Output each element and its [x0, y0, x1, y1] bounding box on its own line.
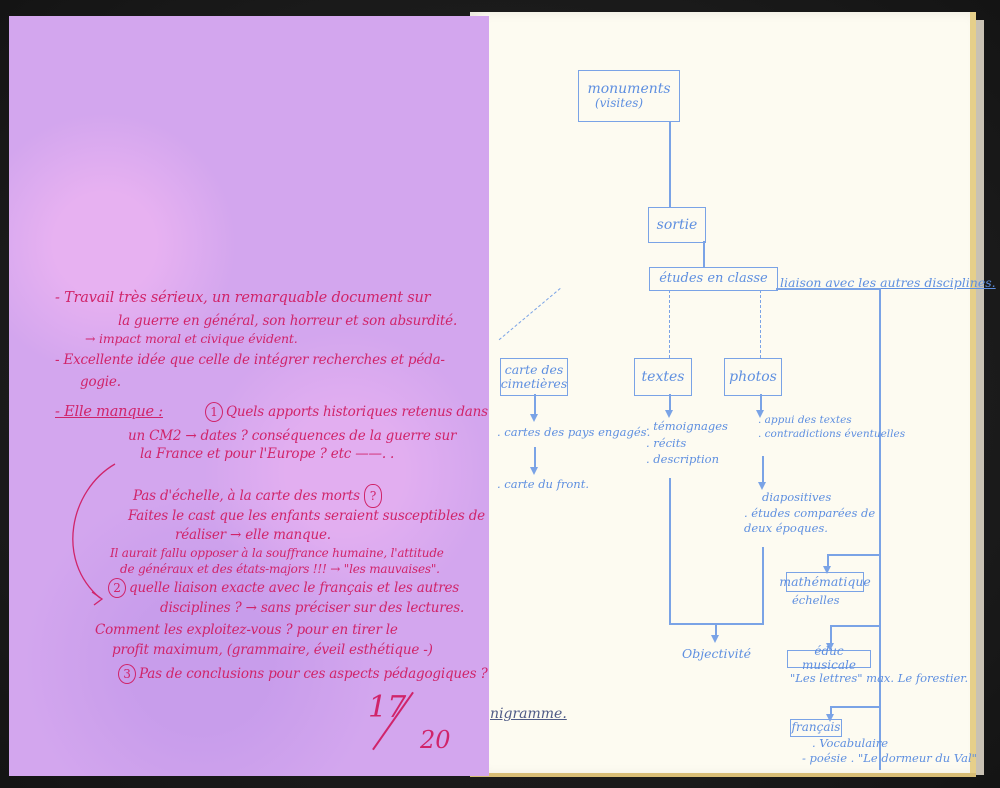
objectivite-label: Objectivité — [682, 645, 751, 663]
comment-line: 2quelle liaison exacte avec le français … — [108, 578, 459, 598]
node-maths: mathématique — [786, 572, 864, 592]
textes-item: . récits — [646, 435, 728, 452]
comment-heading: - Elle manque : — [55, 404, 163, 420]
connector — [762, 547, 764, 624]
francais-item: . Vocabulaire — [812, 736, 977, 751]
node-francais-label: français — [792, 721, 841, 735]
textes-item: . témoignages — [646, 418, 728, 435]
comment-line: - Excellente idée que celle de intégrer … — [55, 352, 445, 368]
diapo-items: diapositives . études comparées de deux … — [744, 490, 875, 537]
arrow-down-icon — [530, 467, 538, 475]
node-maths-label: mathématique — [779, 575, 871, 589]
comment-text: Pas d'échelle, à la carte des morts — [133, 488, 360, 504]
comment-line: - Travail très sérieux, un remarquable d… — [55, 290, 430, 306]
comment-line: un CM2 → dates ? conséquences de la guer… — [128, 428, 456, 444]
connector — [827, 554, 880, 556]
connector — [669, 121, 671, 207]
francais-item: - poésie . "Le dormeur du Val" — [802, 751, 977, 766]
comment-line: de généraux et des états-majors !!! → "l… — [120, 562, 440, 576]
node-musique-label: éduc musicale — [788, 645, 870, 673]
node-photos: photos — [724, 358, 782, 396]
node-francais: français — [790, 719, 842, 737]
photos-items: . appui des textes . contradictions éven… — [758, 414, 905, 441]
comment-text: réaliser → elle manque. — [175, 527, 331, 543]
comment-line: Pas d'échelle, à la carte des morts ? — [133, 484, 385, 508]
comment-line: Comment les exploitez-vous ? pour en tir… — [95, 622, 398, 638]
arrow-down-icon — [530, 414, 538, 422]
node-cartes-label: carte des cimetières — [501, 363, 567, 392]
circled-number: 3 — [118, 664, 136, 684]
connector — [830, 625, 832, 645]
comment-line: → impact moral et civique évident. — [85, 331, 298, 346]
comment-line: gogie. — [80, 374, 121, 390]
connector — [830, 625, 880, 627]
circled-question: ? — [364, 484, 382, 508]
comment-line: la guerre en général, son horreur et son… — [118, 313, 457, 329]
grade: 17 20 — [368, 690, 406, 725]
node-sortie-label: sortie — [657, 217, 698, 233]
connector — [827, 554, 829, 566]
photos-item: . appui des textes — [758, 414, 905, 428]
circled-number: 1 — [205, 402, 223, 422]
comment-line: disciplines ? → sans préciser sur des le… — [160, 600, 464, 616]
page-stack-edge — [976, 20, 984, 775]
node-sortie: sortie — [648, 207, 706, 243]
cartes-item: . carte du front. — [497, 476, 589, 493]
arrow-down-icon — [758, 482, 766, 490]
connector — [830, 706, 880, 708]
comment-text: quelle liaison exacte avec le français e… — [129, 580, 459, 596]
connector — [776, 288, 880, 290]
connector — [669, 623, 764, 625]
node-monuments: monuments (visites) — [578, 70, 680, 122]
comment-text: Pas de conclusions pour ces aspects péda… — [139, 666, 488, 682]
node-photos-label: photos — [729, 369, 777, 385]
node-etudes-label: études en classe — [659, 272, 768, 287]
comment-line: Il aurait fallu opposer à la souffrance … — [110, 546, 444, 560]
node-monuments-label: monuments — [587, 81, 670, 97]
maths-item: échelles — [792, 592, 840, 609]
node-textes: textes — [634, 358, 692, 396]
comment-line: réaliser → elle manque. — [175, 527, 331, 543]
comment-line: la France et pour l'Europe ? etc ——. . — [140, 446, 394, 462]
node-etudes: études en classe — [649, 267, 778, 291]
textes-item: . description — [646, 451, 728, 468]
node-textes-label: textes — [642, 369, 685, 385]
grade-out-of: 20 — [420, 726, 451, 754]
musique-item: "Les lettres" max. Le forestier. — [790, 670, 968, 687]
comment-line: 1Quels apports historiques retenus dans — [205, 402, 488, 422]
connector — [703, 241, 705, 267]
connector — [669, 478, 671, 624]
node-cartes: carte des cimetières — [500, 358, 568, 396]
comment-text: Quels apports historiques retenus dans — [226, 404, 488, 420]
cartes-item: . cartes des pays engagés. — [497, 424, 650, 441]
footer-fragment: nigramme. — [490, 706, 567, 722]
liaison-trunk-line — [879, 288, 881, 770]
photos-item: . contradictions éventuelles — [758, 428, 905, 442]
arrow-down-icon — [711, 635, 719, 643]
node-musique: éduc musicale — [787, 650, 871, 668]
diapo-item: . études comparées de — [744, 506, 875, 522]
diapo-item: deux époques. — [744, 521, 875, 537]
arrow-down-icon — [665, 410, 673, 418]
comment-line: 3Pas de conclusions pour ces aspects péd… — [118, 664, 488, 684]
dashed-connector — [669, 290, 670, 358]
dashed-connector — [760, 290, 761, 358]
comment-line: Faites le cast que les enfants seraient … — [128, 508, 485, 524]
comment-line: profit maximum, (grammaire, éveil esthét… — [112, 642, 433, 658]
teacher-annotation-sheet — [9, 16, 489, 776]
node-monuments-sub: (visites) — [595, 97, 643, 111]
textes-items: . témoignages . récits . description — [646, 418, 728, 468]
curved-arrow-icon — [60, 460, 120, 610]
francais-items: . Vocabulaire - poésie . "Le dormeur du … — [812, 736, 977, 766]
diapo-item: diapositives — [744, 490, 875, 506]
page-bottom-edge — [470, 773, 976, 777]
